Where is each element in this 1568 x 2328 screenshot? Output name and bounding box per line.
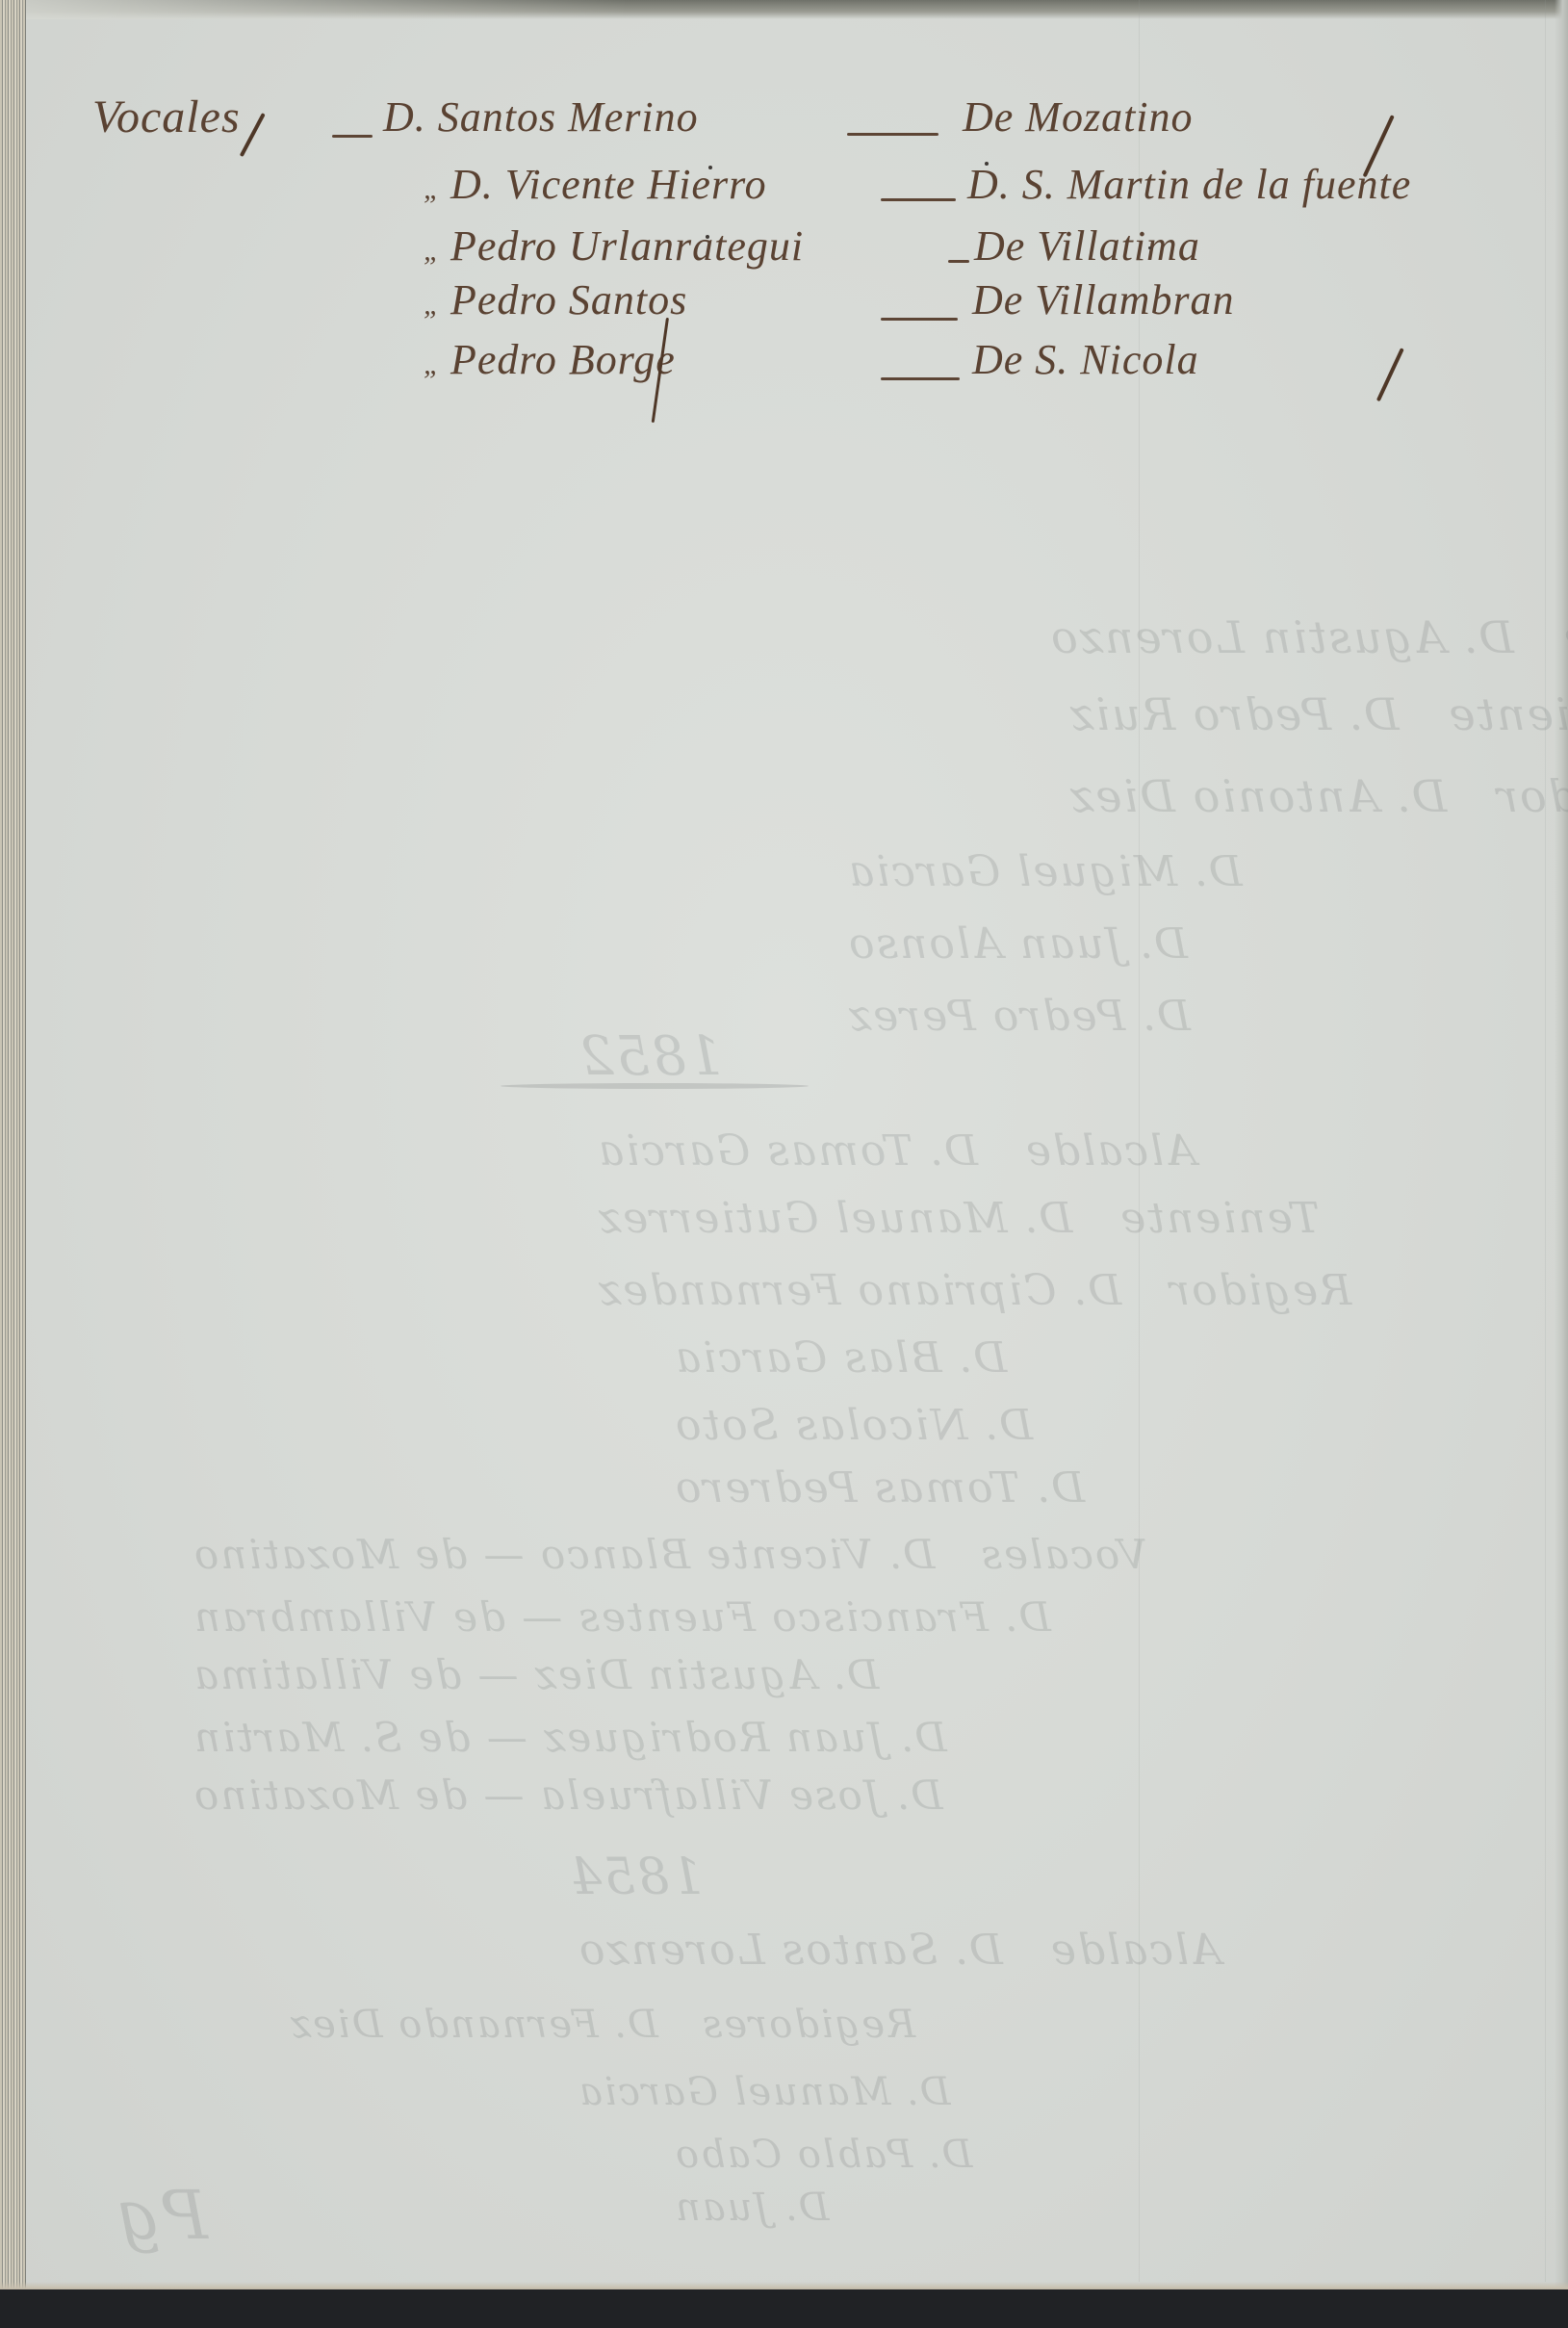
ditto-mark: „ — [424, 349, 440, 381]
bleed-through-text: Regidor D. Cipriano Fernandez — [597, 1266, 1351, 1315]
entry-separator — [881, 377, 960, 380]
ink-speck — [985, 162, 989, 166]
entry-origin: De Villambran — [972, 279, 1235, 322]
entry-name: Pedro Borge — [450, 339, 676, 381]
entries-label: Vocales — [92, 94, 241, 141]
bleed-through-text: Regidor D. Antonio Diez — [1068, 770, 1568, 822]
bleed-through-text: D. Tomas Pedrero — [674, 1463, 1085, 1513]
bleed-through-text: D. Nicolas Soto — [674, 1401, 1033, 1450]
bleed-through-text: Regidores D. Fernando Diez — [289, 2003, 915, 2047]
bleed-through-text: D. Miguel Garcia — [847, 847, 1243, 896]
bleed-through-text: D. Agustin Diez — de Villatima — [193, 1651, 879, 1698]
ink-speck — [708, 166, 712, 169]
entry-origin: De Villatima — [974, 225, 1200, 268]
entry-separator — [948, 260, 969, 263]
label-dash — [332, 135, 373, 138]
bleed-through-text: Vocales D. Vicente Blanco — de Mozatino — [193, 1531, 1147, 1578]
entry-name: D. Santos Merino — [383, 96, 699, 139]
bleed-through-text: Teniente D. Manuel Gutierrez — [597, 1194, 1320, 1243]
brace-flourish-icon — [1376, 348, 1404, 401]
page-stack-edge — [0, 0, 26, 2293]
entry-origin: D. S. Martin de la fuente — [967, 164, 1411, 206]
bleed-through-year: 1852 — [578, 1025, 723, 1088]
bleed-through-text: Alcalde D. Agustin Lorenzo — [1049, 611, 1568, 663]
bleed-through-underline — [501, 1083, 809, 1089]
bleed-through-text: D. Blas Garcia — [674, 1333, 1007, 1383]
bleed-through-flourish: Pg — [116, 2176, 208, 2255]
entry-name: Pedro Santos — [450, 279, 687, 322]
ruled-margin-line — [1545, 0, 1546, 2282]
document-page: Alcalde D. Agustin Lorenzo Teniente D. P… — [0, 0, 1568, 2293]
entry-origin: De Mozatino — [963, 96, 1194, 139]
bleed-through-text: D. Francisco Fuentes — de Villambran — [193, 1593, 1051, 1641]
bleed-through-text: Teniente D. Pedro Ruiz — [1068, 688, 1568, 740]
bleed-through-text: D. Juan — [674, 2186, 829, 2230]
bleed-through-text: D. Pablo Cabo — [674, 2133, 972, 2177]
label-flourish-icon — [240, 113, 266, 157]
bleed-through-text: D. Jose Villafruela — de Mozatino — [193, 1772, 943, 1819]
book-top-edge-fade — [0, 0, 1568, 19]
ditto-mark: „ — [424, 235, 440, 268]
bleed-through-year: 1854 — [568, 1849, 703, 1906]
entry-separator — [881, 198, 956, 201]
bleed-through-text: Alcalde D. Tomas Garcia — [597, 1126, 1196, 1176]
entry-name: Pedro Urlanrategui — [450, 225, 804, 268]
bleed-through-text: D. Juan Alonso — [847, 919, 1188, 969]
ditto-mark: „ — [424, 173, 440, 206]
entry-separator — [847, 133, 938, 136]
bleed-through-text: Alcalde D. Santos Lorenzo — [578, 1926, 1221, 1975]
bleed-through-text: D. Juan Rodriguez — de S. Martin — [193, 1714, 947, 1761]
scanner-background — [0, 2289, 1568, 2328]
page-right-edge — [1555, 0, 1568, 2293]
ditto-mark: „ — [424, 289, 440, 322]
bleed-through-text: D. Manuel Garcia — [578, 2070, 951, 2114]
entry-separator — [881, 318, 958, 321]
entry-name: D. Vicente Hierro — [450, 164, 767, 206]
ink-speck — [1148, 246, 1151, 249]
bleed-through-text: D. Pedro Perez — [847, 992, 1191, 1041]
entry-origin: De S. Nicola — [972, 339, 1199, 381]
ink-speck — [706, 235, 709, 239]
